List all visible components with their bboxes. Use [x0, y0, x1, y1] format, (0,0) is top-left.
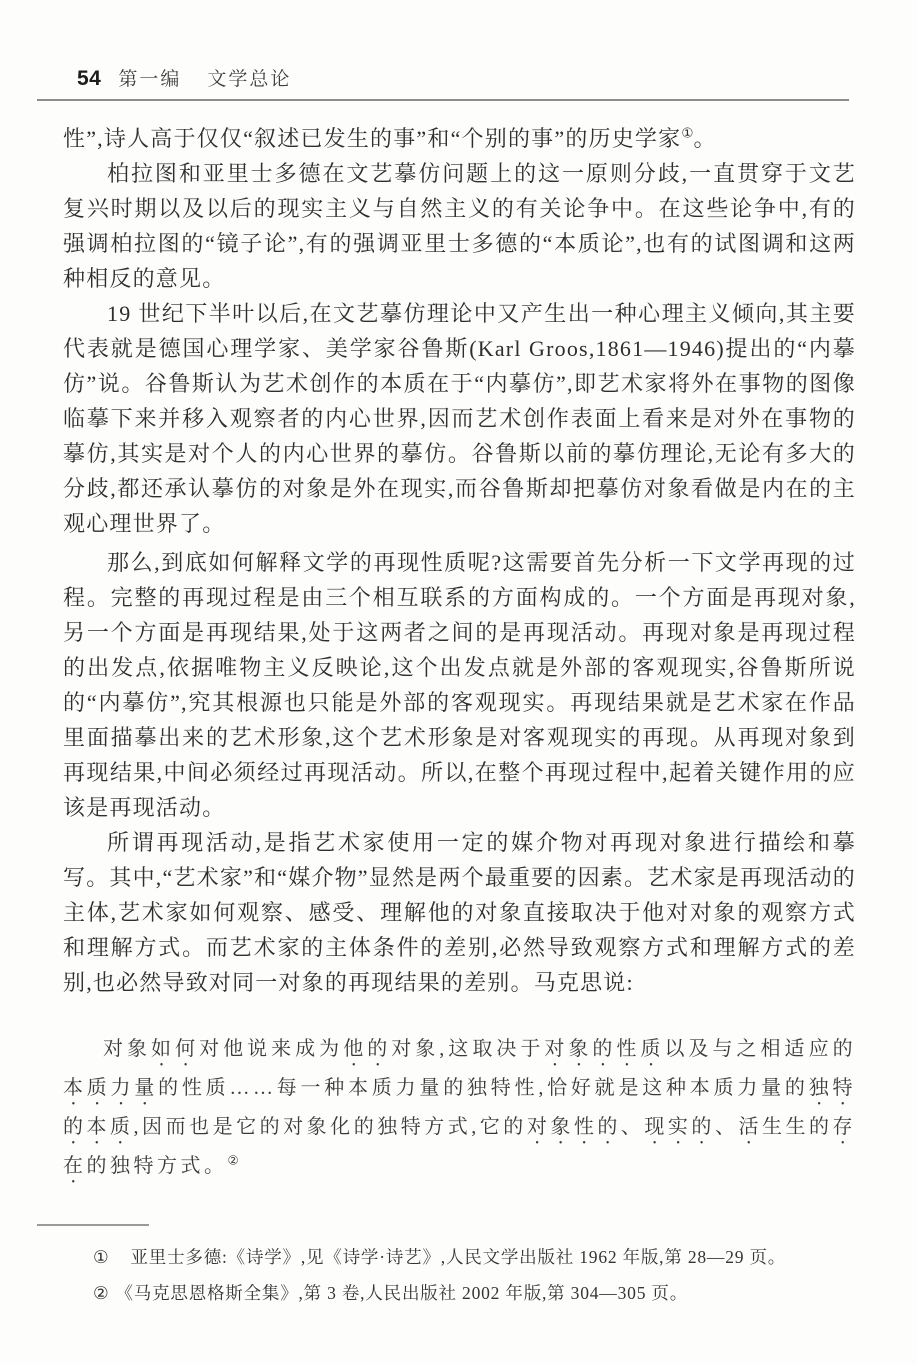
header-rule — [37, 99, 849, 101]
footnote-marker: ① — [93, 1247, 110, 1267]
body-paragraph: 柏拉图和亚里士多德在文艺摹仿问题上的这一原则分歧,一直贯穿于文艺复兴时期以及以后… — [63, 156, 856, 296]
body-paragraph: 所谓再现活动,是指艺术家使用一定的媒介物对再现对象进行描绘和摹写。其中,“艺术家… — [63, 825, 856, 1000]
footnote-rule — [37, 1224, 149, 1226]
footnote: ①亚里士多德:《诗学》,见《诗学·诗艺》,人民文学出版社 1962 年版,第 2… — [93, 1246, 863, 1268]
footnote-marker: ② — [93, 1283, 110, 1303]
body-paragraph: 19 世纪下半叶以后,在文艺摹仿理论中又产生出一种心理主义倾向,其主要代表就是德… — [63, 296, 856, 541]
section-title: 文学总论 — [207, 64, 291, 91]
body-paragraph: 那么,到底如何解释文学的再现性质呢?这需要首先分析一下文学再现的过程。完整的再现… — [63, 545, 856, 825]
body-paragraph: 性”,诗人高于仅仅“叙述已发生的事”和“个别的事”的历史学家①。 — [63, 121, 856, 156]
footnote-text: 《马克思恩格斯全集》,第 3 卷,人民出版社 2002 年版,第 304—305… — [116, 1283, 689, 1303]
running-head: 54 第一编 文学总论 — [77, 64, 291, 91]
page-number: 54 — [77, 67, 101, 91]
footnote-text: 亚里士多德:《诗学》,见《诗学·诗艺》,人民文学出版社 1962 年版,第 28… — [131, 1247, 787, 1267]
book-page: 54 第一编 文学总论 性”,诗人高于仅仅“叙述已发生的事”和“个别的事”的历史… — [0, 0, 917, 1364]
part-label: 第一编 — [118, 64, 181, 91]
footnote: ②《马克思恩格斯全集》,第 3 卷,人民出版社 2002 年版,第 304—30… — [93, 1282, 863, 1304]
marx-quote-block: 对象如何对他说来成为他的对象,这取决于对象的性质以及与之相适应的本质力量的性质…… — [63, 1032, 856, 1188]
